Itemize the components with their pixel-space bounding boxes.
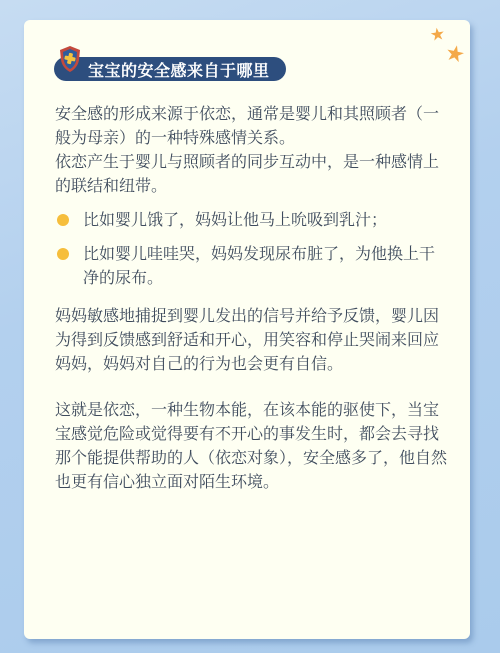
list-item-text: 比如婴儿哇哇哭，妈妈发现尿布脏了，为他换上干净的尿布。 — [83, 244, 435, 287]
list-item: 比如婴儿哇哇哭，妈妈发现尿布脏了，为他换上干净的尿布。 — [55, 242, 450, 290]
section-title-banner: 宝宝的安全感来自于哪里 — [54, 57, 286, 81]
star-icon: ★ — [429, 26, 446, 45]
response-paragraph: 妈妈敏感地捕捉到婴儿发出的信号并给予反馈，婴儿因为得到反馈感到舒适和开心，用笑容… — [55, 304, 450, 376]
example-list: 比如婴儿饿了，妈妈让他马上吮吸到乳汁； 比如婴儿哇哇哭，妈妈发现尿布脏了，为他换… — [55, 208, 450, 290]
bullet-dot-icon — [57, 214, 69, 226]
intro-paragraph: 安全感的形成来源于依恋，通常是婴儿和其照顾者（一般为母亲）的一种特殊感情关系。 — [55, 102, 450, 150]
shield-plus-icon — [59, 45, 81, 73]
section-title: 宝宝的安全感来自于哪里 — [88, 58, 270, 81]
article-card: ★ ★ 宝宝的安全感来自于哪里 安全感的形成来源于依恋，通常是婴儿和其照顾者（一… — [24, 20, 470, 639]
star-icon: ★ — [443, 42, 467, 68]
intro-paragraph: 依恋产生于婴儿与照顾者的同步互动中，是一种感情上的联结和纽带。 — [55, 150, 450, 198]
list-item: 比如婴儿饿了，妈妈让他马上吮吸到乳汁； — [55, 208, 450, 232]
bullet-dot-icon — [57, 248, 69, 260]
article-body: 安全感的形成来源于依恋，通常是婴儿和其照顾者（一般为母亲）的一种特殊感情关系。 … — [55, 102, 450, 502]
list-item-text: 比如婴儿饿了，妈妈让他马上吮吸到乳汁； — [83, 210, 387, 229]
conclusion-paragraph: 这就是依恋，一种生物本能，在该本能的驱使下，当宝宝感觉危险或觉得要有不开心的事发… — [55, 398, 450, 494]
